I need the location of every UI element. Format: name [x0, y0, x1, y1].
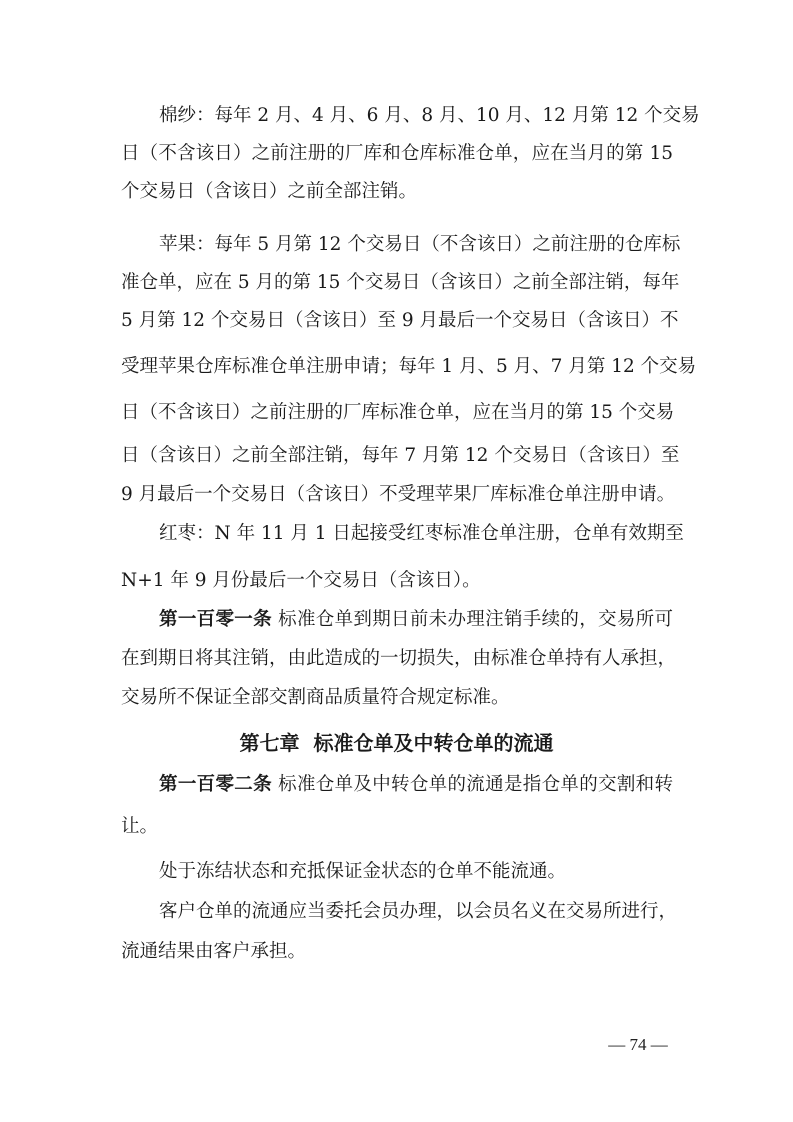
chapter-title: 第七章 标准仓单及中转仓单的流通 [0, 730, 793, 756]
article-102-line-2: 让。 [121, 815, 673, 839]
paragraph-red-date-line-1: 红枣：N 年 11 月 1 日起接受红枣标准仓单注册，仓单有效期至 [159, 522, 673, 546]
paragraph-apple-line-5: 日（不含该日）之前注册的厂库标准仓单，应在当月的第 15 个交易 [121, 401, 673, 425]
article-102-label: 第一百零二条 [159, 774, 272, 795]
paragraph-apple-line-4: 受理苹果仓库标准仓单注册申请；每年 1 月、5 月、7 月第 12 个交易 [121, 355, 673, 379]
paragraph-apple-line-7: 9 月最后一个交易日（含该日）不受理苹果厂库标准仓单注册申请。 [121, 483, 673, 507]
paragraph-apple-line-3: 5 月第 12 个交易日（含该日）至 9 月最后一个交易日（含该日）不 [121, 309, 673, 333]
paragraph-frozen-warrants: 处于冻结状态和充抵保证金状态的仓单不能流通。 [159, 860, 673, 884]
paragraph-cotton-yarn-line-1: 棉纱：每年 2 月、4 月、6 月、8 月、10 月、12 月第 12 个交易 [159, 104, 673, 128]
article-101-label: 第一百零一条 [159, 609, 272, 630]
paragraph-red-date-line-2: N+1 年 9 月份最后一个交易日（含该日）。 [121, 569, 673, 593]
article-101-line-2: 在到期日将其注销，由此造成的一切损失，由标准仓单持有人承担， [121, 647, 673, 671]
article-101-line-3: 交易所不保证全部交割商品质量符合规定标准。 [121, 686, 673, 710]
paragraph-cotton-yarn-line-3: 个交易日（含该日）之前全部注销。 [121, 180, 673, 204]
article-102-text: 标准仓单及中转仓单的流通是指仓单的交割和转 [272, 774, 673, 795]
article-102-line-1: 第一百零二条 标准仓单及中转仓单的流通是指仓单的交割和转 [159, 773, 673, 797]
paragraph-client-warrants-line-1: 客户仓单的流通应当委托会员办理，以会员名义在交易所进行， [159, 900, 673, 924]
article-101-text: 标准仓单到期日前未办理注销手续的，交易所可 [272, 609, 673, 630]
paragraph-apple-line-1: 苹果：每年 5 月第 12 个交易日（不含该日）之前注册的仓库标 [159, 233, 673, 257]
paragraph-apple-line-6: 日（含该日）之前全部注销，每年 7 月第 12 个交易日（含该日）至 [121, 444, 673, 468]
page-number: — 74 — [593, 1034, 683, 1056]
article-101-line-1: 第一百零一条 标准仓单到期日前未办理注销手续的，交易所可 [159, 608, 673, 632]
paragraph-cotton-yarn-line-2: 日（不含该日）之前注册的厂库和仓库标准仓单，应在当月的第 15 [121, 142, 673, 166]
paragraph-apple-line-2: 准仓单，应在 5 月的第 15 个交易日（含该日）之前全部注销，每年 [121, 271, 673, 295]
document-page: 棉纱：每年 2 月、4 月、6 月、8 月、10 月、12 月第 12 个交易 … [0, 0, 793, 1122]
paragraph-client-warrants-line-2: 流通结果由客户承担。 [121, 940, 673, 964]
